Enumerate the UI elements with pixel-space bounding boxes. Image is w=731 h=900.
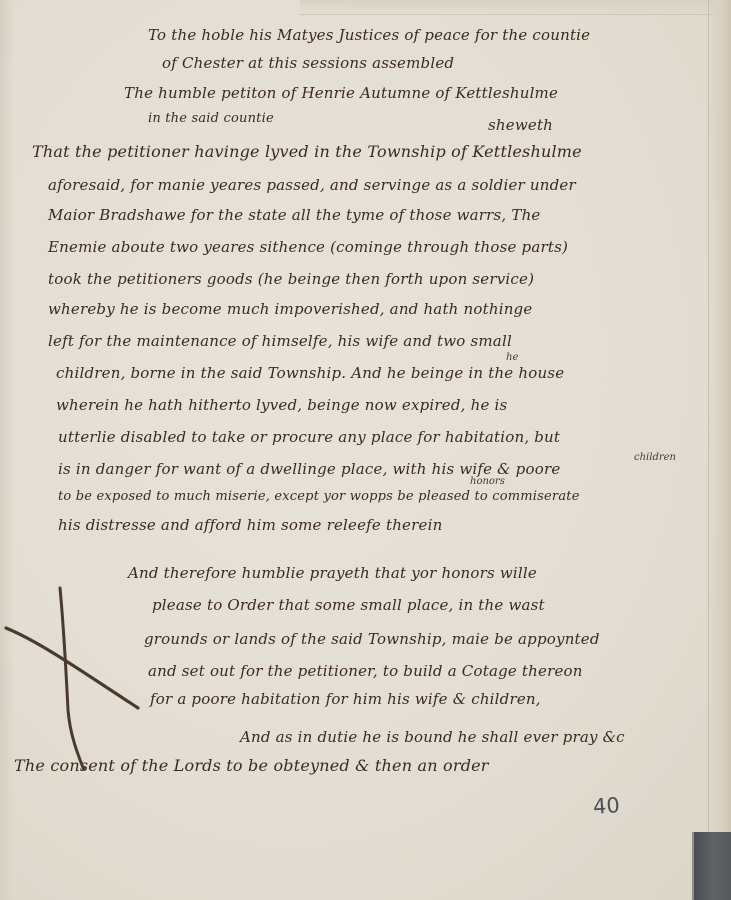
body-line-2: aforesaid, for manie yeares passed, and …: [48, 178, 576, 193]
address-line-2: of Chester at this sessions assembled: [162, 56, 454, 71]
body-line-10: utterlie disabled to take or procure any…: [58, 430, 560, 445]
folio-number: 40: [592, 793, 620, 819]
binding-tab: [692, 832, 731, 900]
petitioner-mark-x-icon: [0, 570, 150, 770]
interlinear-he: he: [506, 352, 518, 363]
body-line-12: to be exposed to much miserie, except yo…: [58, 490, 580, 503]
body-line-1: That the petitioner havinge lyved in the…: [32, 144, 582, 160]
interlinear-honors: honors: [470, 476, 505, 487]
title-line-1: The humble petiton of Henrie Autumne of …: [124, 86, 558, 101]
body-line-7: left for the maintenance of himselfe, hi…: [48, 334, 512, 349]
body-line-6: whereby he is become much impoverished, …: [48, 302, 532, 317]
prayer-line-1: And therefore humblie prayeth that yor h…: [128, 566, 537, 581]
body-line-8: children, borne in the said Township. An…: [56, 366, 564, 381]
body-line-3: Maior Bradshawe for the state all the ty…: [48, 208, 541, 223]
page-top-edge: [300, 0, 731, 15]
body-line-9: wherein he hath hitherto lyved, beinge n…: [56, 398, 507, 413]
prayer-line-2: please to Order that some small place, i…: [152, 598, 545, 613]
body-line-5: took the petitioners goods (he beinge th…: [48, 272, 534, 287]
body-line-13: his distresse and afford him some releef…: [58, 518, 442, 533]
closing-line: And as in dutie he is bound he shall eve…: [240, 730, 625, 745]
body-line-4: Enemie aboute two yeares sithence (comin…: [48, 240, 568, 255]
prayer-line-5: for a poore habitation for him his wife …: [150, 692, 541, 707]
sheweth-label: sheweth: [488, 118, 553, 133]
interlinear-children: children: [634, 452, 676, 463]
page-right-edge: [708, 0, 731, 900]
prayer-line-4: and set out for the petitioner, to build…: [148, 664, 583, 679]
address-line-1: To the hoble his Matyes Justices of peac…: [148, 28, 590, 43]
manuscript-page: To the hoble his Matyes Justices of peac…: [0, 0, 731, 900]
title-line-2: in the said countie: [148, 112, 274, 125]
prayer-line-3: grounds or lands of the said Township, m…: [144, 632, 600, 647]
body-line-11: is in danger for want of a dwellinge pla…: [58, 462, 560, 477]
